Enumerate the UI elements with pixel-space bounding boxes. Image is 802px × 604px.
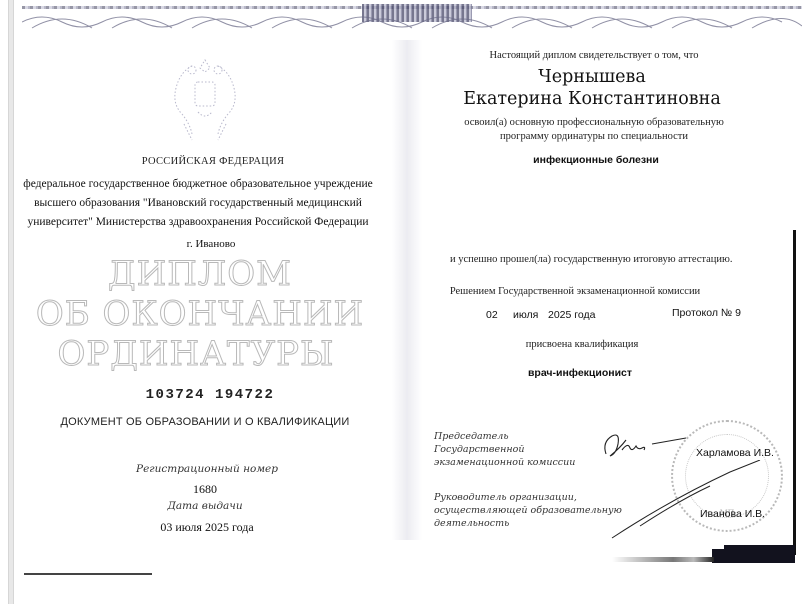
attestation-statement: и успешно прошел(ла) государственную ито… [450, 254, 733, 265]
coat-of-arms-icon [162, 54, 248, 144]
institution-line-1: федеральное государственное бюджетное об… [23, 174, 373, 194]
program-line-2: программу ординатуры по специальности [500, 130, 688, 144]
head-signature-icon [610, 460, 780, 540]
head-label-line-3: деятельность [434, 517, 509, 530]
program-line-1: освоил(а) основную профессиональную обра… [464, 116, 724, 130]
registration-number: 1680 [193, 482, 217, 497]
chair-label-line-2: Государственной [434, 443, 524, 456]
graduate-surname: Чернышева [538, 66, 646, 88]
scan-edge [793, 230, 796, 555]
chair-label-line-1: Председатель [434, 430, 509, 443]
chair-signature-icon [600, 428, 690, 462]
scan-fold-shadow [392, 40, 422, 540]
specialty: инфекционные болезни [533, 154, 659, 166]
country-name: РОССИЙСКАЯ ФЕДЕРАЦИЯ [142, 156, 285, 167]
head-label-line-2: осуществляющей образовательную [434, 504, 622, 517]
decorative-border [22, 4, 802, 32]
registration-number-label: Регистрационный номер [136, 463, 278, 475]
decision-year: 2025 года [548, 309, 595, 321]
diploma-title-line-2: ОБ ОКОНЧАНИИ [36, 296, 364, 332]
qualification-label: присвоена квалификация [526, 339, 639, 350]
scan-corner-dark [712, 549, 795, 563]
scan-viewer-strip [8, 0, 14, 604]
certification-intro: Настоящий диплом свидетельствует о том, … [490, 50, 699, 61]
document-type: ДОКУМЕНТ ОБ ОБРАЗОВАНИИ И О КВАЛИФИКАЦИИ [61, 416, 350, 428]
diploma-title-line-1: ДИПЛОМ [108, 256, 292, 292]
qualification: врач-инфекционист [528, 367, 632, 379]
issue-date: 03 июля 2025 года [160, 520, 253, 535]
decision-month: июля [513, 309, 538, 321]
page-divider-line [24, 573, 152, 575]
scan-corner-fade [612, 557, 714, 562]
chair-label-line-3: экзаменационной комиссии [434, 456, 575, 469]
chair-name: Харламова И.В. [696, 447, 774, 459]
protocol-number: Протокол № 9 [672, 307, 741, 319]
institution-line-2: высшего образования "Ивановский государс… [34, 193, 362, 213]
institution-line-3: университет" Министерства здравоохранени… [27, 212, 368, 232]
head-name: Иванова И.В. [700, 508, 765, 520]
head-label-line-1: Руководитель организации, [434, 491, 577, 504]
decision-day: 02 [486, 309, 498, 321]
issue-date-label: Дата выдачи [167, 500, 242, 512]
serial-number: 103724 194722 [146, 387, 275, 403]
diploma-title-line-3: ОРДИНАТУРЫ [57, 336, 334, 372]
graduate-given-names: Екатерина Константиновна [463, 88, 721, 110]
city: г. Иваново [187, 238, 236, 250]
commission-decision: Решением Государственной экзаменационной… [450, 286, 700, 297]
